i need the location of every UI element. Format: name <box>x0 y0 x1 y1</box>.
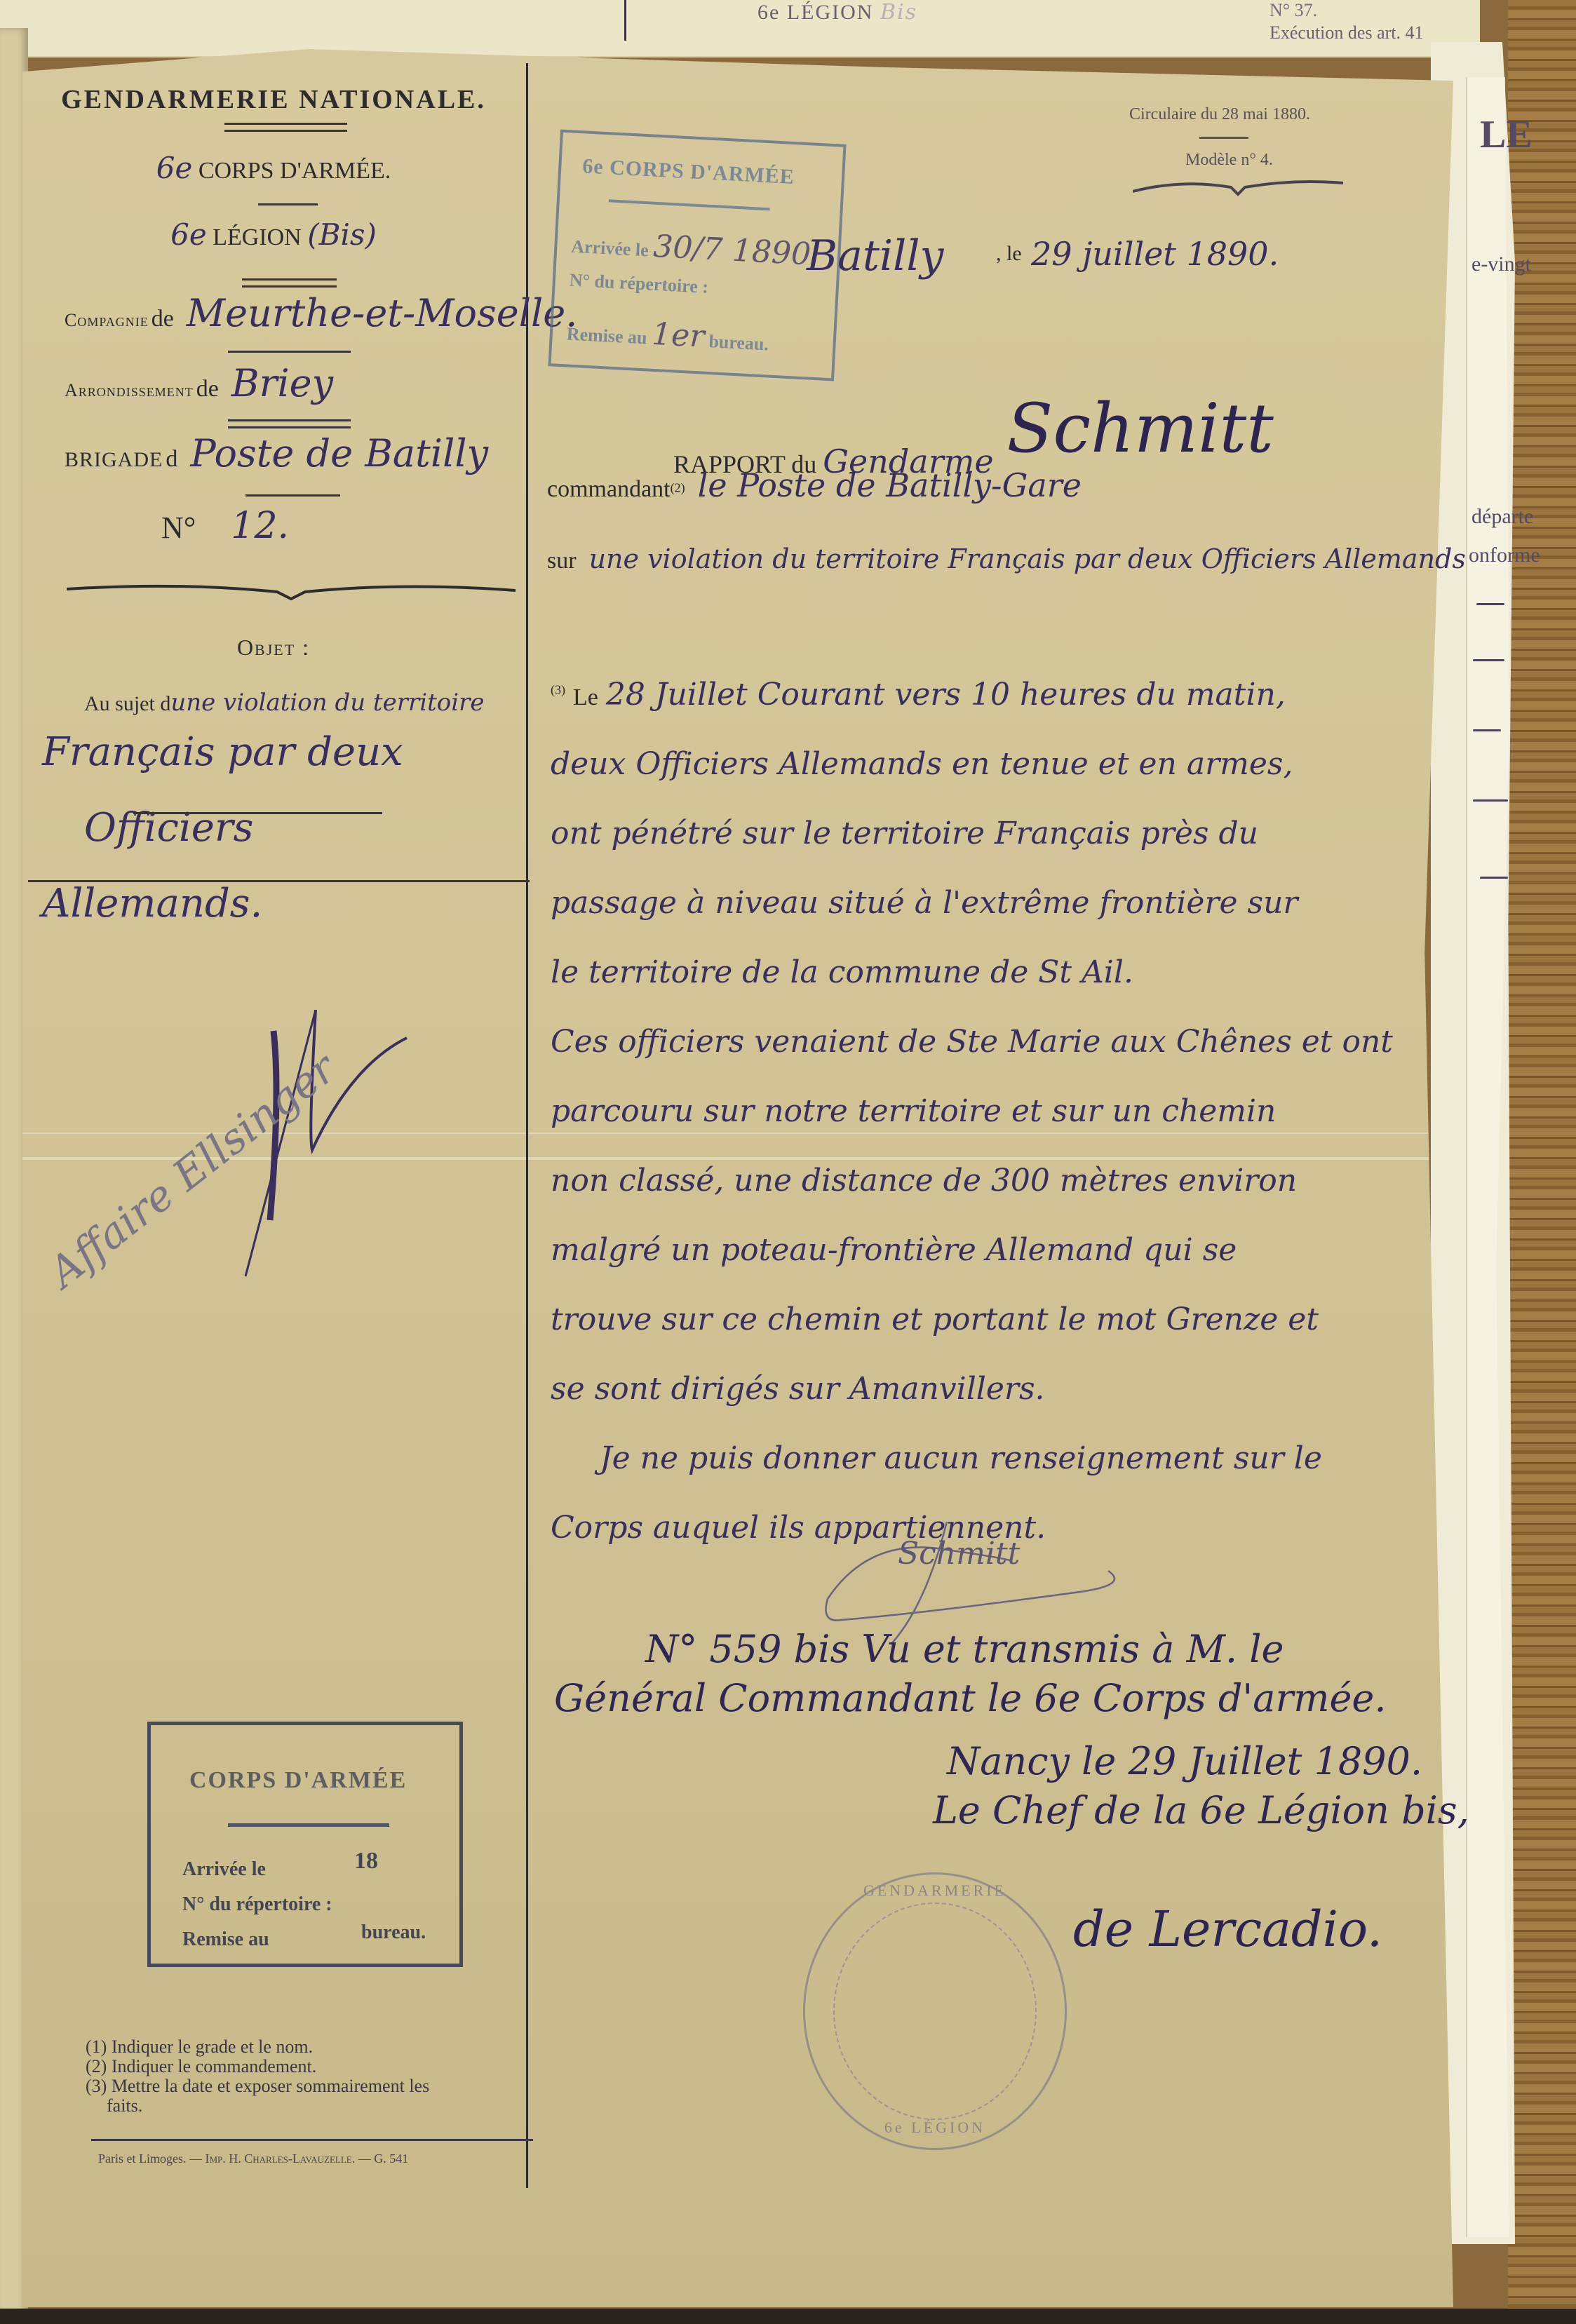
double-rule <box>224 123 347 132</box>
footnote: (2) Indiquer le commandement. <box>86 2057 541 2076</box>
stamp-remise: Remise au 1er bureau. <box>566 311 770 358</box>
body-line: le territoire de la commune de St Ail. <box>551 954 1392 1024</box>
stamp-repertoire: N° du répertoire : <box>182 1893 332 1916</box>
header-corps: 6e CORPS D'ARMÉE. <box>28 151 519 185</box>
body-line: trouve sur ce chemin et portant le mot G… <box>551 1302 1392 1371</box>
footnote: faits. <box>86 2096 541 2116</box>
rule <box>228 351 351 353</box>
modele-number: Modèle n° 4. <box>1185 151 1273 170</box>
ornamental-flourish <box>67 582 516 603</box>
under-text-fragment-2: départe <box>1471 505 1533 529</box>
under-text-fragment-3: onforme <box>1469 543 1540 567</box>
column-divider <box>526 63 528 2188</box>
stamp-title: CORPS D'ARMÉE <box>189 1767 407 1794</box>
under-execution-text: Exécution des art. 41 <box>1269 22 1424 43</box>
transmittal-line: Général Commandant le 6e Corps d'armée. <box>554 1676 1396 1739</box>
under-handwriting-stroke <box>1476 603 1504 605</box>
transmittal-line: N° 559 bis Vu et transmis à M. le <box>554 1627 1396 1676</box>
rule <box>133 812 382 814</box>
transmittal-line: Nancy le 29 Juillet 1890. <box>554 1739 1396 1788</box>
under-handwriting-stroke <box>1473 659 1504 661</box>
header-legion: 6e LÉGION (Bis) <box>28 217 519 252</box>
stamp-rule <box>609 199 770 210</box>
circulaire-reference: Circulaire du 28 mai 1880. <box>1129 105 1310 124</box>
report-body: (3) Le 28 Juillet Courant vers 10 heures… <box>551 677 1392 1579</box>
stamp-title: 6e CORPS D'ARMÉE <box>582 154 795 189</box>
wooden-desk-surface <box>1508 0 1576 2324</box>
gendarmerie-seal: GENDARMERIE 6e LÉGION <box>803 1872 1067 2150</box>
double-rule <box>228 419 351 428</box>
stamp-rule <box>228 1823 389 1827</box>
body-line: se sont dirigés sur Amanvillers. <box>551 1371 1392 1440</box>
report-number: N°12. <box>161 505 289 547</box>
body-line: ont pénétré sur le territoire Français p… <box>551 816 1392 885</box>
sur-line: sur une violation du territoire Français… <box>547 543 1466 574</box>
stamp-arrivee: Arrivée le <box>182 1858 266 1881</box>
transmittal-line: Le Chef de la 6e Légion bis, <box>554 1788 1396 1844</box>
underlying-paper-top: 6e LÉGION Bis N° 37. Exécution des art. … <box>0 0 1480 58</box>
body-line: Ces officiers venaient de Ste Marie aux … <box>551 1024 1392 1093</box>
under-handwriting-stroke <box>1480 877 1508 879</box>
objet-text: Au sujet dune violation du territoire Fr… <box>84 691 533 942</box>
field-brigade: BRIGADE d Poste de Batilly <box>65 431 488 475</box>
header-title: GENDARMERIE NATIONALE. <box>28 84 519 115</box>
body-line: non classé, une distance de 300 mètres e… <box>551 1163 1392 1232</box>
footnote: (1) Indiquer le grade et le nom. <box>86 2037 541 2057</box>
date-prefix: , le <box>996 242 1022 266</box>
legion-chief-signature: de Lercadio. <box>1073 1900 1382 1958</box>
objet-label: Objet : <box>28 635 519 661</box>
double-rule <box>242 278 337 288</box>
ornamental-flourish <box>1133 179 1343 198</box>
rule <box>258 203 318 205</box>
stamp-arrivee: Arrivée le 30/7 1890 <box>570 224 811 273</box>
printer-imprint: Paris et Limoges. — Imp. H. Charles-Lava… <box>98 2151 408 2166</box>
seal-top-text: GENDARMERIE <box>840 1882 1030 1900</box>
stamp-arrivee-year: 18 <box>354 1848 378 1874</box>
footnote: (3) Mettre la date et exposer sommaireme… <box>86 2076 541 2096</box>
stamp-bureau: bureau. <box>361 1921 426 1944</box>
seal-bottom-text: 6e LÉGION <box>840 2119 1030 2137</box>
commandant-line: commandant(2) le Poste de Batilly-Gare <box>547 466 1082 504</box>
under-legion-header: 6e LÉGION Bis <box>757 0 917 25</box>
rule <box>91 2139 533 2141</box>
under-text-fragment-1: e-vingt <box>1471 252 1531 276</box>
photo-bottom-edge <box>0 2309 1576 2324</box>
body-line: parcouru sur notre territoire et sur un … <box>551 1093 1392 1163</box>
stamp-remise: Remise au <box>182 1928 269 1951</box>
stamp-repertoire: N° du répertoire : <box>569 270 709 298</box>
body-line: Je ne puis donner aucun renseignement su… <box>551 1440 1392 1510</box>
arrival-stamp-bottom: CORPS D'ARMÉE Arrivée le 18 N° du répert… <box>147 1722 463 1967</box>
body-line: malgré un poteau-frontière Allemand qui … <box>551 1232 1392 1302</box>
body-line: passage à niveau situé à l'extrême front… <box>551 885 1392 954</box>
rule <box>245 494 340 496</box>
rule <box>1199 137 1248 139</box>
under-heading-fragment: LE <box>1480 112 1533 157</box>
body-line: deux Officiers Allemands en tenue et en … <box>551 746 1392 816</box>
under-paper-rule <box>624 0 626 41</box>
field-compagnie: Compagnie de Meurthe-et-Moselle. <box>65 291 577 335</box>
seal-inner-ring <box>833 1903 1037 2120</box>
place-handwritten: Batilly <box>807 231 943 281</box>
under-handwriting-stroke <box>1473 799 1508 802</box>
footnotes: (1) Indiquer le grade et le nom. (2) Ind… <box>86 2037 541 2116</box>
transmittal-endorsement: N° 559 bis Vu et transmis à M. le Généra… <box>554 1627 1396 1844</box>
body-line: (3) Le 28 Juillet Courant vers 10 heures… <box>551 677 1392 746</box>
under-handwriting-stroke <box>1473 729 1501 731</box>
field-arrondissement: Arrondissement de Briey <box>65 361 333 405</box>
under-number: N° 37. <box>1269 0 1317 21</box>
date-handwritten: 29 juillet 1890. <box>1031 235 1279 273</box>
arrival-stamp-top: 6e CORPS D'ARMÉE Arrivée le 30/7 1890 N°… <box>548 130 846 381</box>
